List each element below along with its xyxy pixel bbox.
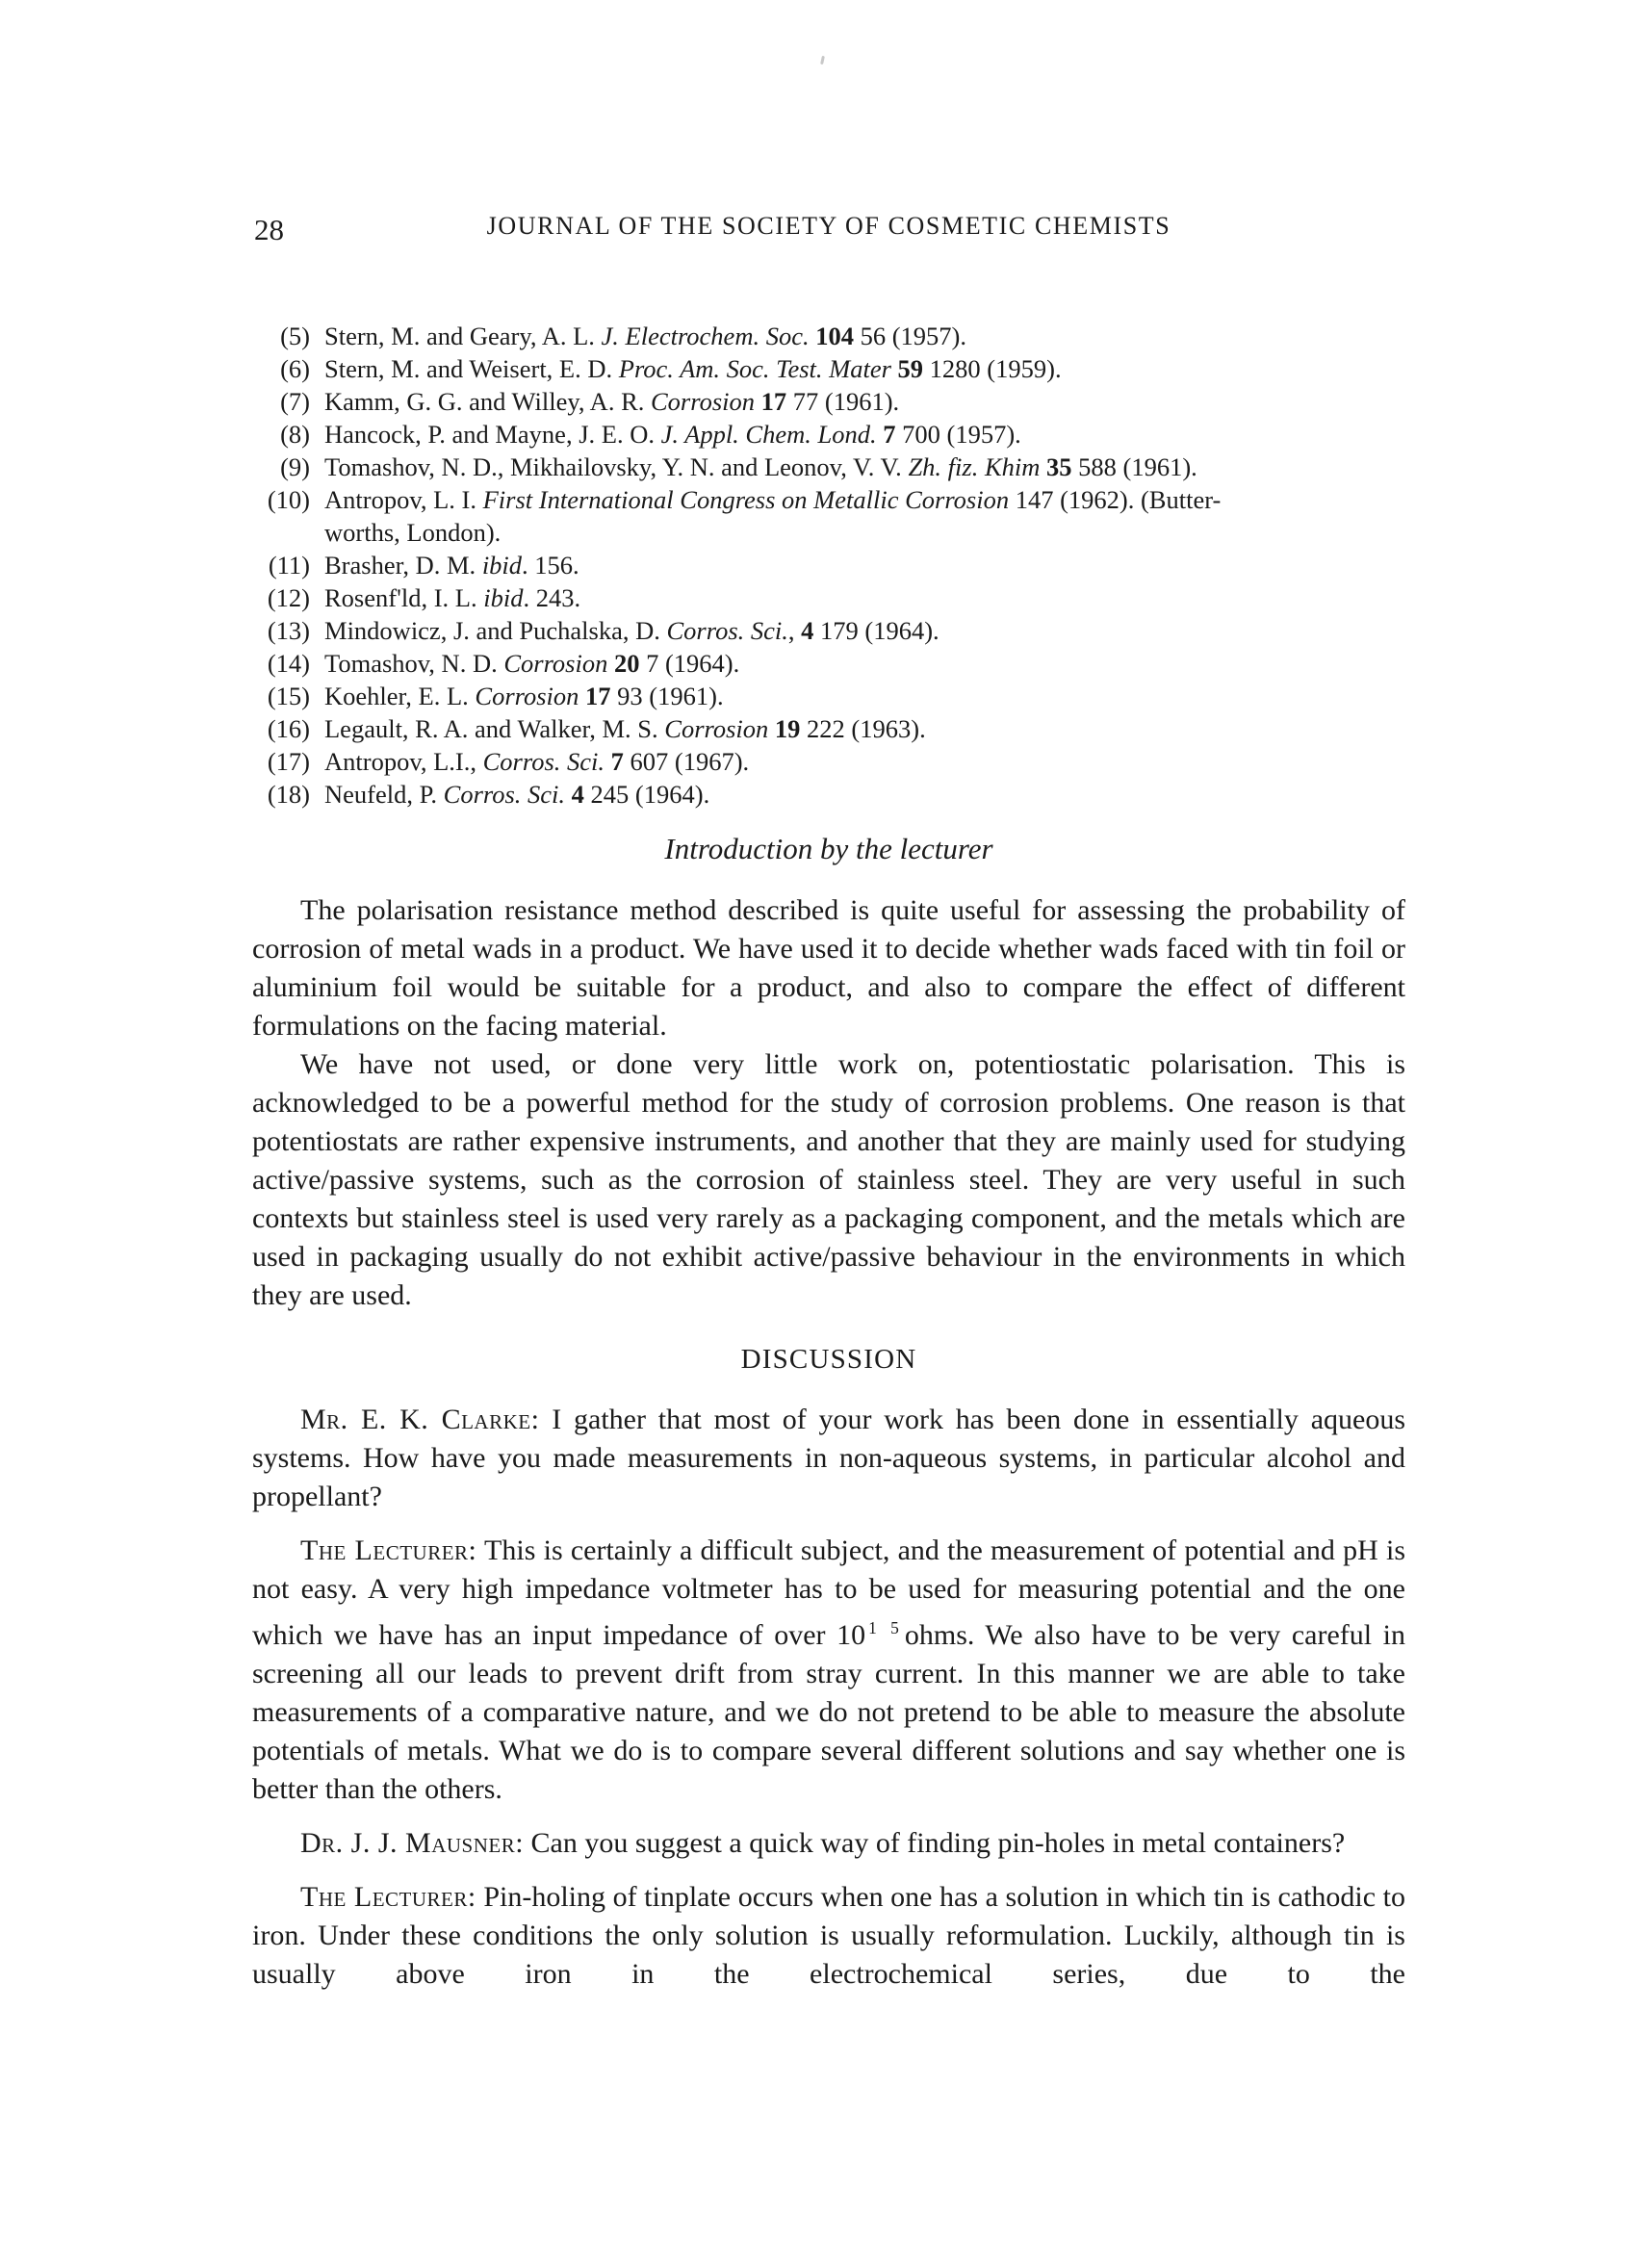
reference-text: Brasher, D. M. ibid. 156.	[324, 549, 1405, 581]
reference-item: (18)Neufeld, P. Corros. Sci. 4 245 (1964…	[252, 778, 1405, 811]
reference-text: Tomashov, N. D. Corrosion 20 7 (1964).	[324, 647, 1405, 680]
reference-label: (6)	[252, 352, 310, 385]
text-segment: 59	[891, 354, 923, 383]
reference-label: (17)	[252, 745, 310, 778]
text-segment: 104	[810, 322, 854, 350]
reference-text: Antropov, L.I., Corros. Sci. 7 607 (1967…	[324, 745, 1405, 778]
reference-label: (5)	[252, 320, 310, 352]
introduction-heading: Introduction by the lecturer	[252, 832, 1405, 866]
text-segment: Legault, R. A. and Walker, M. S.	[324, 714, 664, 743]
text-segment: 17	[755, 387, 786, 416]
reference-text: Rosenf'ld, I. L. ibid. 243.	[324, 581, 1405, 614]
speaker-name: Mr. E. K. Clarke:	[300, 1404, 539, 1435]
text-segment: 179 (1964).	[813, 616, 939, 645]
text-segment: 147 (1962). (Butter-	[1009, 485, 1221, 514]
reference-item: (11)Brasher, D. M. ibid. 156.	[252, 549, 1405, 581]
text-segment: J. Electrochem. Soc.	[602, 322, 810, 350]
page-content: 28 JOURNAL OF THE SOCIETY OF COSMETIC CH…	[252, 212, 1405, 1994]
text-segment: Corros. Sci.	[667, 616, 788, 645]
text-segment: Corrosion	[664, 714, 768, 743]
reference-label: (13)	[252, 614, 310, 647]
reference-item: (13)Mindowicz, J. and Puchalska, D. Corr…	[252, 614, 1405, 647]
reference-text: Kamm, G. G. and Willey, A. R. Corrosion …	[324, 385, 1405, 418]
text-segment: 19	[768, 714, 800, 743]
scan-artifact	[820, 56, 825, 64]
reference-item: (14)Tomashov, N. D. Corrosion 20 7 (1964…	[252, 647, 1405, 680]
reference-item: (8)Hancock, P. and Mayne, J. E. O. J. Ap…	[252, 418, 1405, 451]
text-segment: 222 (1963).	[800, 714, 925, 743]
text-segment: Can you suggest a quick way of finding p…	[524, 1827, 1345, 1859]
text-segment: Corrosion	[651, 387, 755, 416]
text-segment: Antropov, L. I.	[324, 485, 483, 514]
reference-label: (9)	[252, 451, 310, 483]
text-segment: Corros. Sci.	[483, 747, 605, 776]
reference-label: (18)	[252, 778, 310, 811]
text-segment: Koehler, E. L.	[324, 682, 475, 710]
speaker-name: The Lecturer:	[300, 1534, 476, 1566]
text-segment: 35	[1040, 452, 1071, 481]
text-segment: First International Congress on Metallic…	[483, 485, 1009, 514]
discussion-heading: DISCUSSION	[252, 1344, 1405, 1376]
text-segment: J. Appl. Chem. Lond.	[661, 420, 877, 449]
text-segment: 588 (1961).	[1072, 452, 1197, 481]
text-segment: Hancock, P. and Mayne, J. E. O.	[324, 420, 661, 449]
reference-text: Mindowicz, J. and Puchalska, D. Corros. …	[324, 614, 1405, 647]
discussion-paragraph: Mr. E. K. Clarke: I gather that most of …	[252, 1401, 1405, 1516]
reference-item: (5)Stern, M. and Geary, A. L. J. Electro…	[252, 320, 1405, 352]
intro-paragraph: We have not used, or done very little wo…	[252, 1045, 1405, 1315]
text-segment: Tomashov, N. D., Mikhailovsky, Y. N. and…	[324, 452, 908, 481]
text-segment: Stern, M. and Geary, A. L.	[324, 322, 602, 350]
text-segment: Proc. Am. Soc. Test. Mater	[619, 354, 891, 383]
reference-item: (12)Rosenf'ld, I. L. ibid. 243.	[252, 581, 1405, 614]
journal-page: 28 JOURNAL OF THE SOCIETY OF COSMETIC CH…	[0, 0, 1647, 2268]
reference-text: Hancock, P. and Mayne, J. E. O. J. Appl.…	[324, 418, 1405, 451]
reference-label: (8)	[252, 418, 310, 451]
text-segment: Corrosion	[475, 682, 579, 710]
text-segment: Rosenf'ld, I. L.	[324, 583, 483, 612]
discussion-paragraph: The Lecturer: This is certainly a diffic…	[252, 1532, 1405, 1809]
text-segment: Mindowicz, J. and Puchalska, D.	[324, 616, 667, 645]
reference-label: (10)	[252, 483, 310, 549]
reference-text: Stern, M. and Geary, A. L. J. Electroche…	[324, 320, 1405, 352]
reference-text: Koehler, E. L. Corrosion 17 93 (1961).	[324, 680, 1405, 712]
text-segment: Stern, M. and Weisert, E. D.	[324, 354, 619, 383]
text-segment: Tomashov, N. D.	[324, 649, 503, 678]
page-number: 28	[254, 213, 284, 247]
reference-text: Legault, R. A. and Walker, M. S. Corrosi…	[324, 712, 1405, 745]
references-list: (5)Stern, M. and Geary, A. L. J. Electro…	[252, 320, 1405, 811]
reference-item: (10)Antropov, L. I. First International …	[252, 483, 1405, 549]
text-segment: 1 5	[868, 1618, 902, 1637]
text-segment: ibid	[482, 551, 522, 580]
reference-label: (12)	[252, 581, 310, 614]
text-segment: Kamm, G. G. and Willey, A. R.	[324, 387, 651, 416]
reference-label: (16)	[252, 712, 310, 745]
text-segment: 1280 (1959).	[923, 354, 1062, 383]
text-segment: 93 (1961).	[611, 682, 724, 710]
reference-label: (14)	[252, 647, 310, 680]
text-segment: 56 (1957).	[854, 322, 966, 350]
text-segment: Antropov, L.I.,	[324, 747, 483, 776]
text-segment: 77 (1961).	[786, 387, 899, 416]
text-segment: ,	[788, 616, 801, 645]
text-segment: worths, London).	[324, 518, 501, 547]
speaker-name: The Lecturer:	[300, 1881, 476, 1913]
text-segment: . 156.	[522, 551, 579, 580]
discussion-paragraph: Dr. J. J. Mausner: Can you suggest a qui…	[252, 1824, 1405, 1863]
text-segment: 7	[605, 747, 624, 776]
text-segment: Corros. Sci.	[444, 780, 565, 809]
reference-text: Neufeld, P. Corros. Sci. 4 245 (1964).	[324, 778, 1405, 811]
reference-label: (11)	[252, 549, 310, 581]
discussion-paragraph: The Lecturer: Pin-holing of tinplate occ…	[252, 1878, 1405, 1994]
text-segment: 7 (1964).	[639, 649, 739, 678]
page-header: 28 JOURNAL OF THE SOCIETY OF COSMETIC CH…	[252, 212, 1405, 248]
reference-item: (17)Antropov, L.I., Corros. Sci. 7 607 (…	[252, 745, 1405, 778]
text-segment: 700 (1957).	[896, 420, 1021, 449]
running-title: JOURNAL OF THE SOCIETY OF COSMETIC CHEMI…	[252, 212, 1405, 241]
reference-item: (6)Stern, M. and Weisert, E. D. Proc. Am…	[252, 352, 1405, 385]
text-segment: 245 (1964).	[584, 780, 709, 809]
reference-label: (7)	[252, 385, 310, 418]
text-segment: 4	[801, 616, 813, 645]
reference-item: (9)Tomashov, N. D., Mikhailovsky, Y. N. …	[252, 451, 1405, 483]
intro-paragraph: The polarisation resistance method descr…	[252, 891, 1405, 1045]
discussion-section: Mr. E. K. Clarke: I gather that most of …	[252, 1401, 1405, 1994]
reference-item: (7)Kamm, G. G. and Willey, A. R. Corrosi…	[252, 385, 1405, 418]
text-segment: Neufeld, P.	[324, 780, 444, 809]
speaker-name: Dr. J. J. Mausner:	[300, 1827, 524, 1859]
text-segment: 17	[579, 682, 610, 710]
text-segment: 4	[565, 780, 584, 809]
reference-text: Tomashov, N. D., Mikhailovsky, Y. N. and…	[324, 451, 1405, 483]
text-segment: . 243.	[523, 583, 580, 612]
text-segment: 607 (1967).	[624, 747, 749, 776]
text-segment: Corrosion	[503, 649, 607, 678]
text-segment: 7	[877, 420, 896, 449]
introduction-section: The polarisation resistance method descr…	[252, 891, 1405, 1315]
reference-item: (15)Koehler, E. L. Corrosion 17 93 (1961…	[252, 680, 1405, 712]
text-segment: Zh. fiz. Khim	[908, 452, 1040, 481]
reference-text: Antropov, L. I. First International Cong…	[324, 483, 1405, 549]
text-segment: Brasher, D. M.	[324, 551, 482, 580]
reference-item: (16)Legault, R. A. and Walker, M. S. Cor…	[252, 712, 1405, 745]
reference-label: (15)	[252, 680, 310, 712]
text-segment: 20	[607, 649, 639, 678]
text-segment: ibid	[483, 583, 523, 612]
reference-text: Stern, M. and Weisert, E. D. Proc. Am. S…	[324, 352, 1405, 385]
